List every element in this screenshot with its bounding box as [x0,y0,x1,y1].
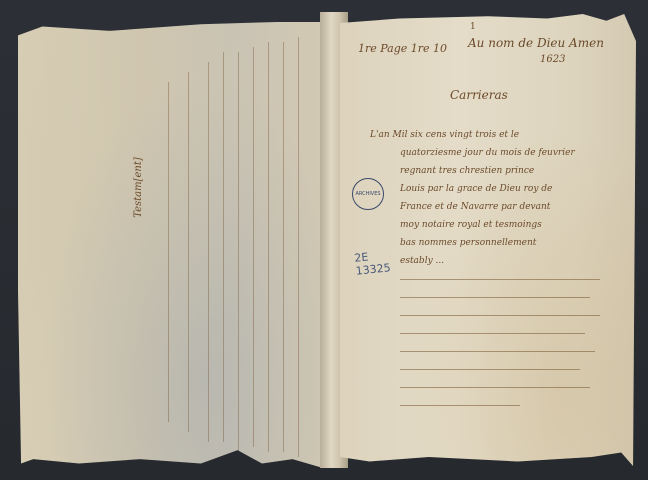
text-line: France et de Navarre par devant [400,202,550,212]
text-line: regnant tres chrestien prince [400,166,534,176]
page-number: 1 [470,22,476,32]
text-line: Louis par la grace de Dieu roy de [400,184,552,194]
invocation: Au nom de Dieu Amen [468,36,604,50]
header-note: 1re Page 1re 10 [358,42,447,55]
left-page: Testam[ent] [18,22,323,468]
text-line: estably ... [400,256,444,266]
text-line: quatorziesme jour du mois de feuvrier [400,148,575,158]
text-line: L'an Mil six cens vingt trois et le [370,130,519,140]
year: 1623 [540,54,565,65]
text-line: moy notaire royal et tesmoings [400,220,542,230]
shelfmark: 2E 13325 [354,248,392,278]
right-page: 1 1re Page 1re 10 Au nom de Dieu Amen 16… [340,14,636,466]
text-line: bas nommes personnellement [400,238,536,248]
marginal-note: Testam[ent] [133,157,144,218]
heading: Carrieras [450,88,508,102]
archive-stamp: ARCHIVES [352,178,384,210]
